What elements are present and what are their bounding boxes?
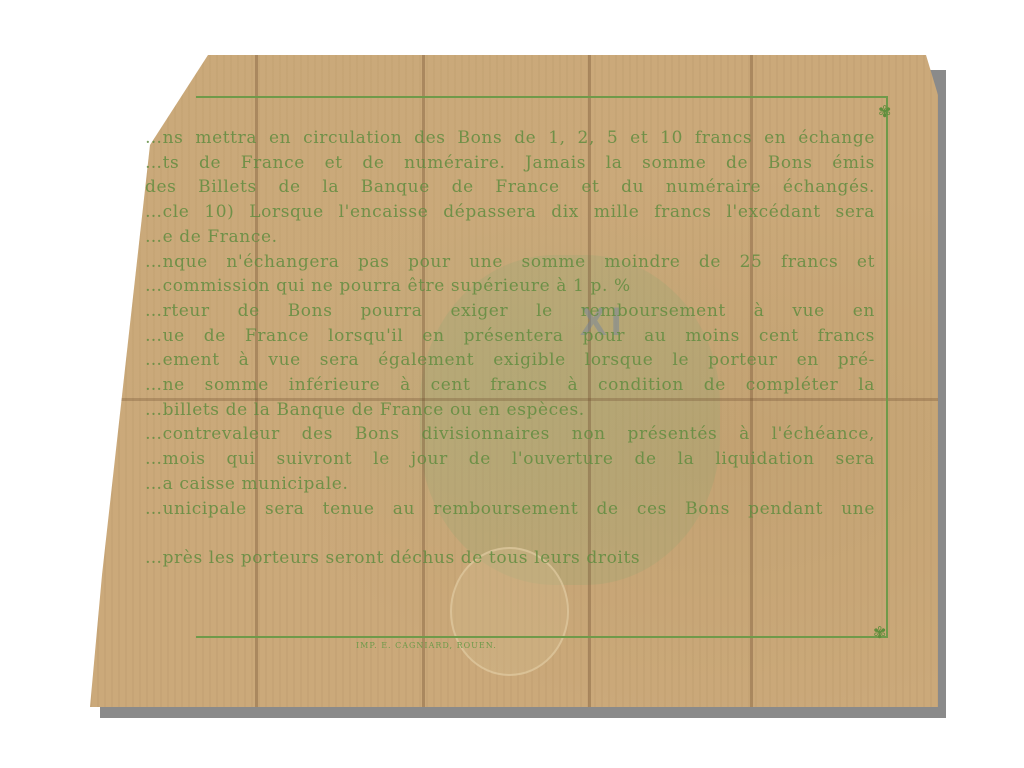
corner-ornament-icon: ✾ [878,104,891,120]
text-line: …nque n'échangera pas pour une somme moi… [145,250,875,275]
text-line: …mois qui suivront le jour de l'ouvertur… [145,447,875,472]
text-line: …ement à vue sera également exigible lor… [145,348,875,373]
text-line: …e de France. [145,225,875,250]
text-line: …cle 10) Lorsque l'encaisse dépassera di… [145,200,875,225]
text-line: des Billets de la Banque de France et du… [145,175,875,200]
text-line: …a caisse municipale. [145,472,875,497]
printer-imprint: IMP. E. CAGNIARD, ROUEN. [356,641,497,650]
text-line: …commission qui ne pourra être supérieur… [145,274,875,299]
text-line: …rteur de Bons pourra exiger le rembours… [145,299,875,324]
text-line: …billets de la Banque de France ou en es… [145,398,875,423]
text-line: …près les porteurs seront déchus de tous… [145,546,875,571]
text-line: …ts de France et de numéraire. Jamais la… [145,151,875,176]
text-line: …ns mettra en circulation des Bons de 1,… [145,126,875,151]
text-line: …ue de France lorsqu'il en présentera po… [145,324,875,349]
corner-ornament-icon: ✾ [873,625,886,641]
text-line [145,521,875,546]
regulation-text: …ns mettra en circulation des Bons de 1,… [145,126,875,571]
text-line: …contrevaleur des Bons divisionnaires no… [145,422,875,447]
text-line: …unicipale sera tenue au remboursement d… [145,497,875,522]
text-line: …ne somme inférieure à cent francs à con… [145,373,875,398]
